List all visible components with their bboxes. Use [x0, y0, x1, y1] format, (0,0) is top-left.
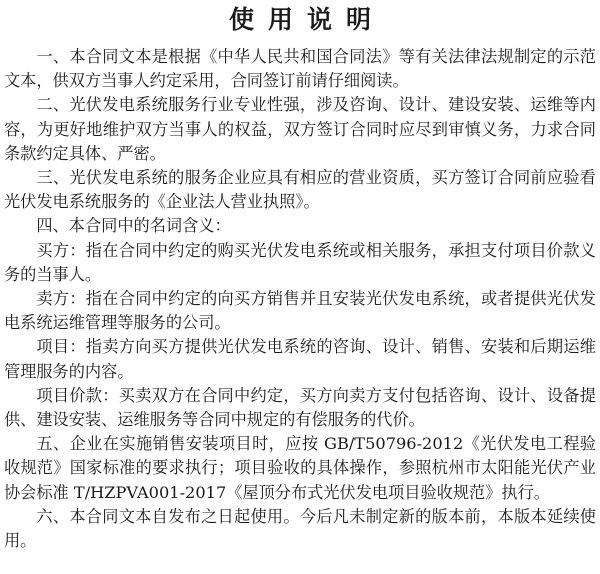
paragraph-3: 三、光伏发电系统的服务企业应具有相应的营业资质，买方签订合同前应验看光伏发电系统… [4, 166, 596, 214]
paragraph-4: 四、本合同中的名词含义： [4, 214, 596, 238]
document-title: 使用说明 [4, 0, 596, 45]
document-body: 一、本合同文本是根据《中华人民共和国合同法》等有关法律法规制定的示范文本，供双方… [4, 45, 596, 553]
definition-project-price: 项目价款：买卖双方在合同中约定，买方向卖方支付包括咨询、设计、设备提供、建设安装… [4, 384, 596, 432]
definition-project: 项目：指卖方向买方提供光伏发电系统的咨询、设计、销售、安装和后期运维管理服务的内… [4, 335, 596, 383]
definition-seller: 卖方：指在合同中约定的向买方销售并且安装光伏发电系统，或者提供光伏发电系统运维管… [4, 287, 596, 335]
definition-buyer: 买方：指在合同中约定的购买光伏发电系统或相关服务，承担支付项目价款义务的当事人。 [4, 239, 596, 287]
paragraph-1: 一、本合同文本是根据《中华人民共和国合同法》等有关法律法规制定的示范文本，供双方… [4, 45, 596, 93]
paragraph-2: 二、光伏发电系统服务行业专业性强，涉及咨询、设计、建设安装、运维等内容，为更好地… [4, 93, 596, 166]
document-page: 使用说明 一、本合同文本是根据《中华人民共和国合同法》等有关法律法规制定的示范文… [0, 0, 600, 574]
paragraph-6: 六、本合同文本自发布之日起使用。今后凡未制定新的版本前，本版本延续使用。 [4, 505, 596, 553]
paragraph-5: 五、企业在实施销售安装项目时，应按 GB/T50796-2012《光伏发电工程验… [4, 432, 596, 505]
